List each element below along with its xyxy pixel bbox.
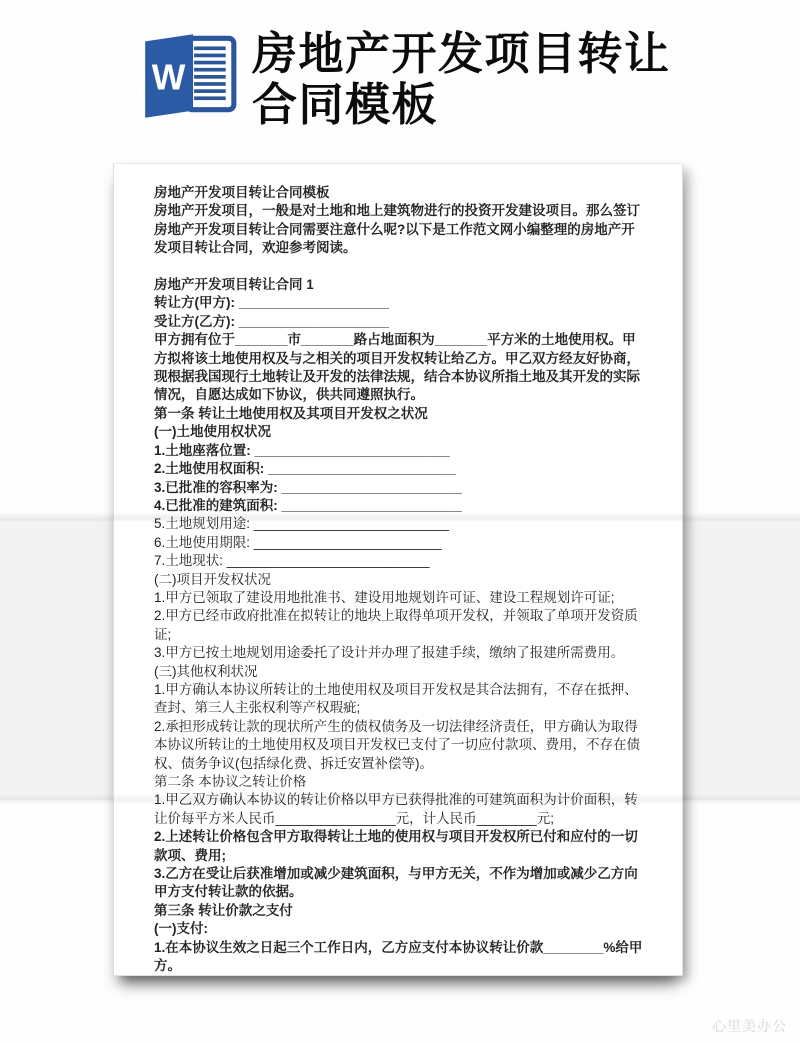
doc-paragraph: 2.甲方已经市政府批准在拟转让的地块上取得单项开发权，并领取了单项开发资质证;: [154, 607, 643, 644]
screenshot-canvas: W 房地产开发项目转让 合同模板 房地产开发项目转让合同模板房地产开发项目，一般…: [0, 0, 800, 1043]
doc-paragraph: 1.在本协议生效之日起三个工作日内，乙方应支付本协议转让价款________%给…: [154, 939, 643, 976]
doc-paragraph: 4.已批准的建筑面积: ________________________: [154, 497, 643, 515]
document-page: 房地产开发项目转让合同模板房地产开发项目，一般是对土地和地上建筑物进行的投资开发…: [113, 163, 683, 976]
doc-paragraph: 受让方(乙方): ____________________: [154, 313, 643, 331]
doc-paragraph: 2.土地使用权面积: _________________________: [154, 460, 643, 478]
doc-paragraph: (三)其他权利状况: [154, 663, 643, 681]
document-content: 房地产开发项目转让合同模板房地产开发项目，一般是对土地和地上建筑物进行的投资开发…: [114, 164, 682, 976]
doc-paragraph: 甲方拥有位于_______市_______路占地面积为_______平方米的土地…: [154, 331, 643, 405]
doc-paragraph: (二)项目开发权状况: [154, 571, 643, 589]
doc-paragraph: 转让方(甲方): ____________________: [154, 294, 643, 312]
doc-paragraph: 3.甲方已按土地规划用途委托了设计并办理了报建手续，缴纳了报建所需费用。: [154, 644, 643, 662]
word-icon-svg: W: [136, 26, 242, 124]
doc-paragraph: 1.甲乙双方确认本协议的转让价格以甲方已获得批准的可建筑面积为计价面积，转让价每…: [154, 791, 643, 828]
word-icon: W: [136, 26, 242, 124]
page-title-line1: 房地产开发项目转让: [252, 27, 671, 80]
doc-paragraph: 房地产开发项目转让合同 1: [154, 276, 643, 294]
doc-paragraph: 2.承担形成转让款的现状所产生的债权债务及一切法律经济责任，甲方确认为取得本协议…: [154, 718, 643, 773]
doc-paragraph: 第二条 本协议之转让价格: [154, 773, 643, 791]
doc-paragraph: 1.土地座落位置: __________________________: [154, 442, 643, 460]
header: W 房地产开发项目转让 合同模板: [136, 26, 671, 130]
doc-paragraph: 3.乙方在受让后获准增加或减少建筑面积，与甲方无关，不作为增加或减少乙方向甲方支…: [154, 865, 643, 902]
doc-paragraph: 5.土地规划用途: __________________________: [154, 515, 643, 533]
doc-paragraph: (一)支付:: [154, 920, 643, 938]
doc-paragraph: 房地产开发项目，一般是对土地和地上建筑物进行的投资开发建设项目。那么签订房地产开…: [154, 202, 643, 257]
page-title: 房地产开发项目转让 合同模板: [252, 28, 671, 130]
watermark: 心里美办公: [712, 1016, 787, 1036]
doc-paragraph: [154, 258, 643, 276]
doc-paragraph: 3.已批准的容积率为: ________________________: [154, 479, 643, 497]
doc-paragraph: 1.甲方已领取了建设用地批准书、建设用地规划许可证、建设工程规划许可证;: [154, 589, 643, 607]
doc-paragraph: 2.在甲方将涉及转让地块的使用权和项目开发权资料，包括但不限于土地出让合同书、红…: [154, 975, 643, 976]
doc-paragraph: 房地产开发项目转让合同模板: [154, 184, 643, 202]
doc-paragraph: 第一条 转让土地使用权及其项目开发权之状况: [154, 405, 643, 423]
doc-paragraph: 1.甲方确认本协议所转让的土地使用权及项目开发权是其合法拥有，不存在抵押、查封、…: [154, 681, 643, 718]
doc-paragraph: (一)土地使用权状况: [154, 423, 643, 441]
doc-paragraph: 2.上述转让价格包含甲方取得转让土地的使用权与项目开发权所已付和应付的一切款项、…: [154, 828, 643, 865]
doc-paragraph: 6.土地使用期限: _________________________: [154, 534, 643, 552]
doc-paragraph: 7.土地现状: ___________________________: [154, 552, 643, 570]
word-icon-w-letter: W: [152, 57, 186, 97]
doc-paragraph: 第三条 转让价款之支付: [154, 902, 643, 920]
page-title-line2: 合同模板: [252, 78, 438, 131]
